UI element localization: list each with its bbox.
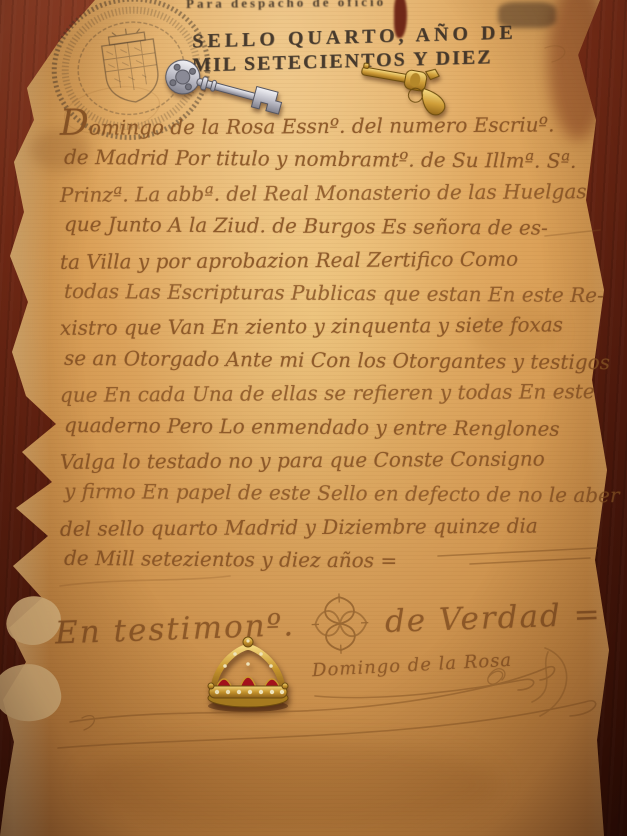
manuscript-line: del sello quarto Madrid y Diziembre quin…: [60, 509, 600, 546]
manuscript-line: todas Las Escripturas Publicas que estan…: [64, 275, 600, 313]
paper-stain: [80, 740, 500, 830]
manuscript-line: se an Otorgado Ante mi Con los Otorgante…: [64, 342, 600, 380]
manuscript-line: xistro que Van En ziento y zinquenta y s…: [60, 309, 600, 346]
manuscript-line: que Junto A la Ziud. de Burgos Es señora…: [64, 208, 600, 246]
manuscript-line: ta Villa y por aprobazion Real Zertifico…: [60, 242, 600, 279]
manuscript-line: Domingo de la Rosa Essnº. del numero Esc…: [60, 108, 600, 145]
attestation-right-text: de Verdad =: [384, 596, 602, 640]
manuscript-line: quaderno Pero Lo enmendado y entre Rengl…: [64, 409, 600, 447]
manuscript-line: de Mill setezientos y diez años =: [64, 542, 600, 580]
photo-of-document: Para despacho de oficio SELLO QUARTO, AÑ…: [0, 0, 627, 836]
manuscript-line: y firmo En papel de este Sello en defect…: [64, 475, 600, 513]
manuscript-line: que En cada Una de ellas se refieren y t…: [60, 375, 600, 412]
manuscript-line: Prinzª. La abbª. del Real Monasterio de …: [60, 175, 600, 212]
notary-knot-icon: [306, 590, 374, 656]
dispatch-print-line: Para despacho de oficio: [186, 0, 386, 12]
manuscript-body: Domingo de la Rosa Essnº. del numero Esc…: [60, 110, 600, 578]
manuscript-line: Valga lo testado no y para que Conste Co…: [60, 442, 600, 479]
manuscript-line: de Madrid Por titulo y nombramtº. de Su …: [64, 141, 600, 179]
gold-red-crown-charm-icon: [197, 634, 299, 714]
